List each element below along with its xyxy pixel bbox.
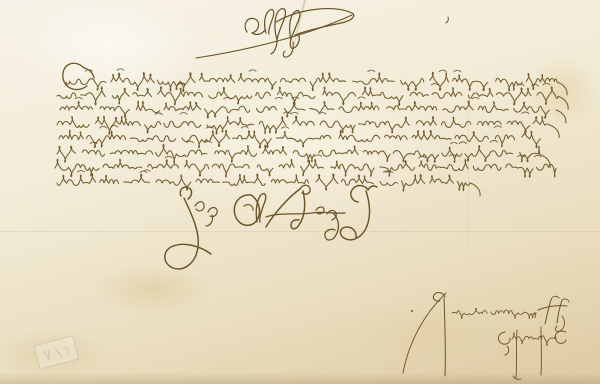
subscription-line-2 xyxy=(512,333,556,346)
subscription-note: Por mandado del Rey (secretary's abbrevi… xyxy=(403,293,569,380)
abbreviation-marks xyxy=(90,141,497,144)
body-line-4 xyxy=(57,116,559,138)
archival-label: (faint, illegible) xyxy=(34,336,79,370)
heading-rubric: el Rey xyxy=(196,9,354,58)
ink-speck xyxy=(446,17,448,23)
abbreviation-marks xyxy=(155,112,529,115)
abbreviation-marks xyxy=(85,69,461,72)
manuscript-paper: el Rey 8 lines of cursive secretarial sc… xyxy=(0,0,600,384)
body-line-8 xyxy=(57,173,480,195)
secretary-signature: (secretary's abbreviated rubric) xyxy=(498,327,566,379)
subscription-line-1 xyxy=(452,308,536,318)
initial-capital xyxy=(63,63,94,89)
ink-dot xyxy=(411,310,413,312)
manuscript-ink-layer: el Rey 8 lines of cursive secretarial sc… xyxy=(0,0,600,384)
royal-signature-rubric: Yo el Rey xyxy=(165,185,377,269)
abbreviation-marks xyxy=(100,126,502,129)
body-line-7 xyxy=(55,159,556,177)
body-line-5 xyxy=(59,130,540,148)
abbreviation-marks xyxy=(75,97,479,99)
body-line-1 xyxy=(66,72,567,95)
body-line-6 xyxy=(57,144,550,167)
body-text-block: 8 lines of cursive secretarial script (l… xyxy=(55,63,568,196)
body-line-3 xyxy=(60,101,566,123)
